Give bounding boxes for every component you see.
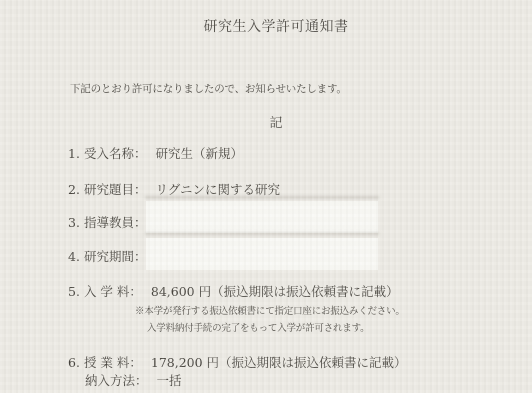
item-number: 4. bbox=[68, 249, 80, 264]
item-number: 3. bbox=[68, 215, 80, 230]
item-label: 研究期間： bbox=[84, 249, 147, 264]
item-value: 84,600 円（振込期限は振込依頼書に記載） bbox=[151, 284, 399, 299]
scan-smudge-middle bbox=[145, 232, 379, 235]
admission-fee-note-2: 入学料納付手続の完了をもって入学が許可されます。 bbox=[147, 320, 369, 334]
item-research-topic: 2.研究題目：リグニンに関する研究 bbox=[68, 180, 280, 198]
item-label: 指導教員： bbox=[84, 215, 147, 230]
item-acceptance-name: 1.受入名称：研究生（新規） bbox=[68, 144, 243, 162]
admission-notice-document: 研究生入学許可通知書 下記のとおり許可になりましたので、お知らせいたします。 記… bbox=[0, 0, 532, 393]
item-value: リグニンに関する研究 bbox=[155, 182, 280, 197]
payment-method-line: 納入方法：一括 bbox=[85, 371, 182, 389]
item-value: 研究生（新規） bbox=[155, 146, 243, 161]
item-admission-fee: 5.入 学 料：84,600 円（振込期限は振込依頼書に記載） bbox=[68, 282, 399, 300]
item-label: 受入名称： bbox=[84, 146, 147, 161]
item-label: 授 業 料： bbox=[84, 355, 142, 370]
admission-fee-note-1: ※本学が発行する振込依頼書にて指定口座にお振込みください。 bbox=[135, 303, 405, 317]
item-tuition-fee: 6.授 業 料：178,200 円（振込期限は振込依頼書に記載） bbox=[68, 353, 407, 371]
item-research-period: 4.研究期間： bbox=[68, 247, 155, 265]
item-number: 6. bbox=[68, 355, 80, 370]
record-marker: 記 bbox=[0, 112, 532, 131]
redaction-box-research-period bbox=[146, 238, 378, 270]
item-advisor: 3.指導教員： bbox=[68, 213, 155, 231]
document-title: 研究生入学許可通知書 bbox=[0, 16, 532, 36]
item-label: 入 学 料： bbox=[84, 284, 142, 299]
item-number: 5. bbox=[68, 284, 80, 299]
payment-method-label: 納入方法： bbox=[85, 373, 148, 388]
intro-text: 下記のとおり許可になりましたので、お知らせいたします。 bbox=[70, 81, 347, 96]
payment-method-value: 一括 bbox=[157, 373, 182, 388]
item-number: 1. bbox=[68, 146, 80, 161]
redaction-box-advisor bbox=[146, 201, 378, 233]
item-value: 178,200 円（振込期限は振込依頼書に記載） bbox=[151, 355, 407, 370]
item-label: 研究題目： bbox=[84, 182, 147, 197]
item-number: 2. bbox=[68, 182, 80, 197]
